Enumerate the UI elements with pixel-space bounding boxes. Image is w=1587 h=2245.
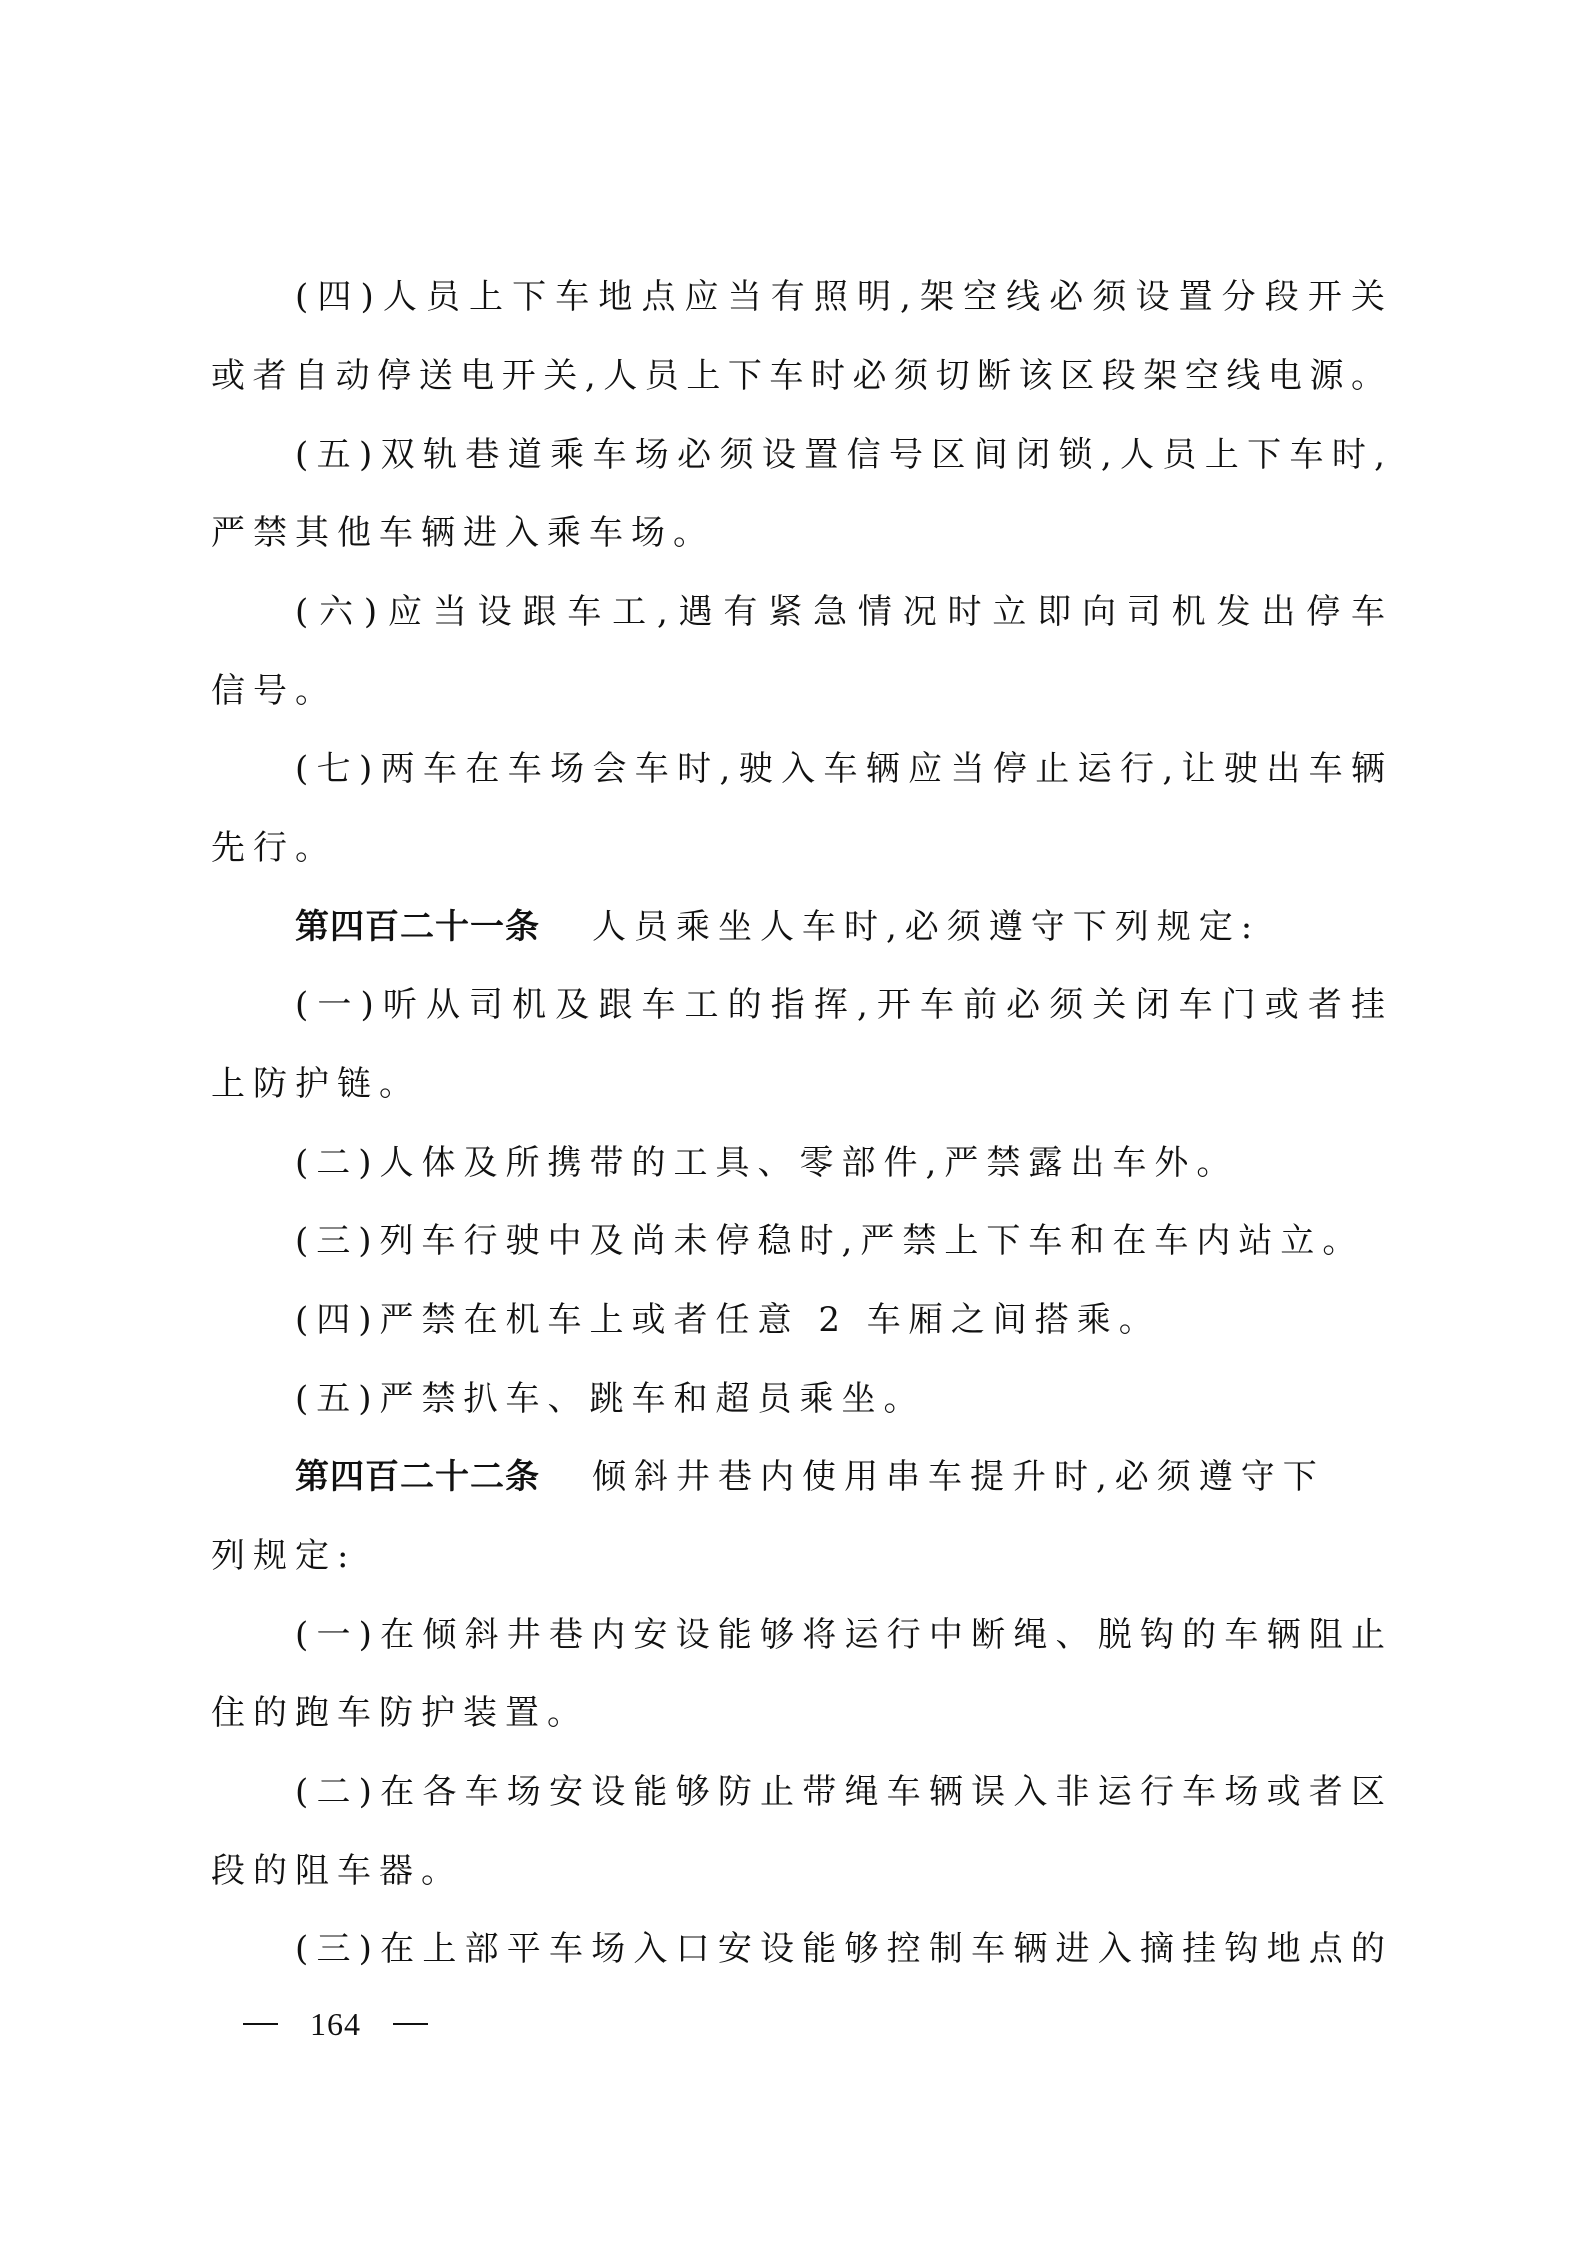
document-page: (​四​)​人​员​上​下​车​地​点​应​当​有​照​明​,​架​空​线​必​… — [0, 0, 1587, 2245]
paragraph-line: (​四​)​人​员​上​下​车​地​点​应​当​有​照​明​,​架​空​线​必​… — [295, 275, 1385, 319]
paragraph-line: 信号。 — [211, 669, 337, 713]
article-text: 倾斜井巷内使用串车提升时,必须遵守下 — [592, 1457, 1325, 1497]
paragraph-line: (​一​)​在​倾​斜​井​巷​内​安​设​能​够​将​运​行​中​断​绳​、​… — [295, 1613, 1385, 1657]
paragraph-line: (五)严禁扒车、跳车和超员乘坐。 — [295, 1377, 926, 1421]
page-number-footer: 164 — [243, 2004, 428, 2044]
article-heading: 第四百二十一条人员乘坐人车时,必须遵守下列规定: — [295, 905, 1385, 949]
article-text: 人员乘坐人车时,必须遵守下列规定: — [592, 907, 1260, 947]
article-heading: 第四百二十二条倾斜井巷内使用串车提升时,必须遵守下 — [295, 1455, 1385, 1499]
article-number: 第四百二十一条 — [295, 907, 540, 947]
em-dash-left — [243, 2023, 278, 2025]
paragraph-line: (​七​)​两​车​在​车​场​会​车​时​,​驶​入​车​辆​应​当​停​止​… — [295, 747, 1385, 791]
paragraph-line: 先行。 — [211, 826, 337, 870]
paragraph-line: (​一​)​听​从​司​机​及​跟​车​工​的​指​挥​,​开​车​前​必​须​… — [295, 983, 1385, 1027]
page-number: 164 — [310, 2004, 361, 2044]
paragraph-line: 住的跑车防护装置。 — [211, 1691, 589, 1735]
paragraph-line: (​二​)​在​各​车​场​安​设​能​够​防​止​带​绳​车​辆​误​入​非​… — [295, 1770, 1385, 1814]
paragraph-line: 列规定: — [211, 1534, 356, 1578]
article-number: 第四百二十二条 — [295, 1457, 540, 1497]
paragraph-line: 上防护链。 — [211, 1062, 421, 1106]
em-dash-right — [393, 2023, 428, 2025]
paragraph-line: 或​者​自​动​停​送​电​开​关​,​人​员​上​下​车​时​必​须​切​断​… — [211, 354, 1385, 398]
paragraph-line: (​三​)​在​上​部​平​车​场​入​口​安​设​能​够​控​制​车​辆​进​… — [295, 1927, 1385, 1971]
paragraph-line: (​五​)​双​轨​巷​道​乘​车​场​必​须​设​置​信​号​区​间​闭​锁​… — [295, 433, 1385, 477]
paragraph-line: 严禁其他车辆进入乘车场。 — [211, 511, 715, 555]
paragraph-line: 段的阻车器。 — [211, 1849, 463, 1893]
paragraph-line: (四)严禁在机车上或者任意 2 车厢之间搭乘。 — [295, 1298, 1161, 1342]
paragraph-line: (二)人体及所携带的工具、零部件,严禁露出车外。 — [295, 1141, 1238, 1185]
paragraph-line: (三)列车行驶中及尚未停稳时,严禁上下车和在车内站立。 — [295, 1219, 1364, 1263]
paragraph-line: (​六​)​应​当​设​跟​车​工​,​遇​有​紧​急​情​况​时​立​即​向​… — [295, 590, 1385, 634]
